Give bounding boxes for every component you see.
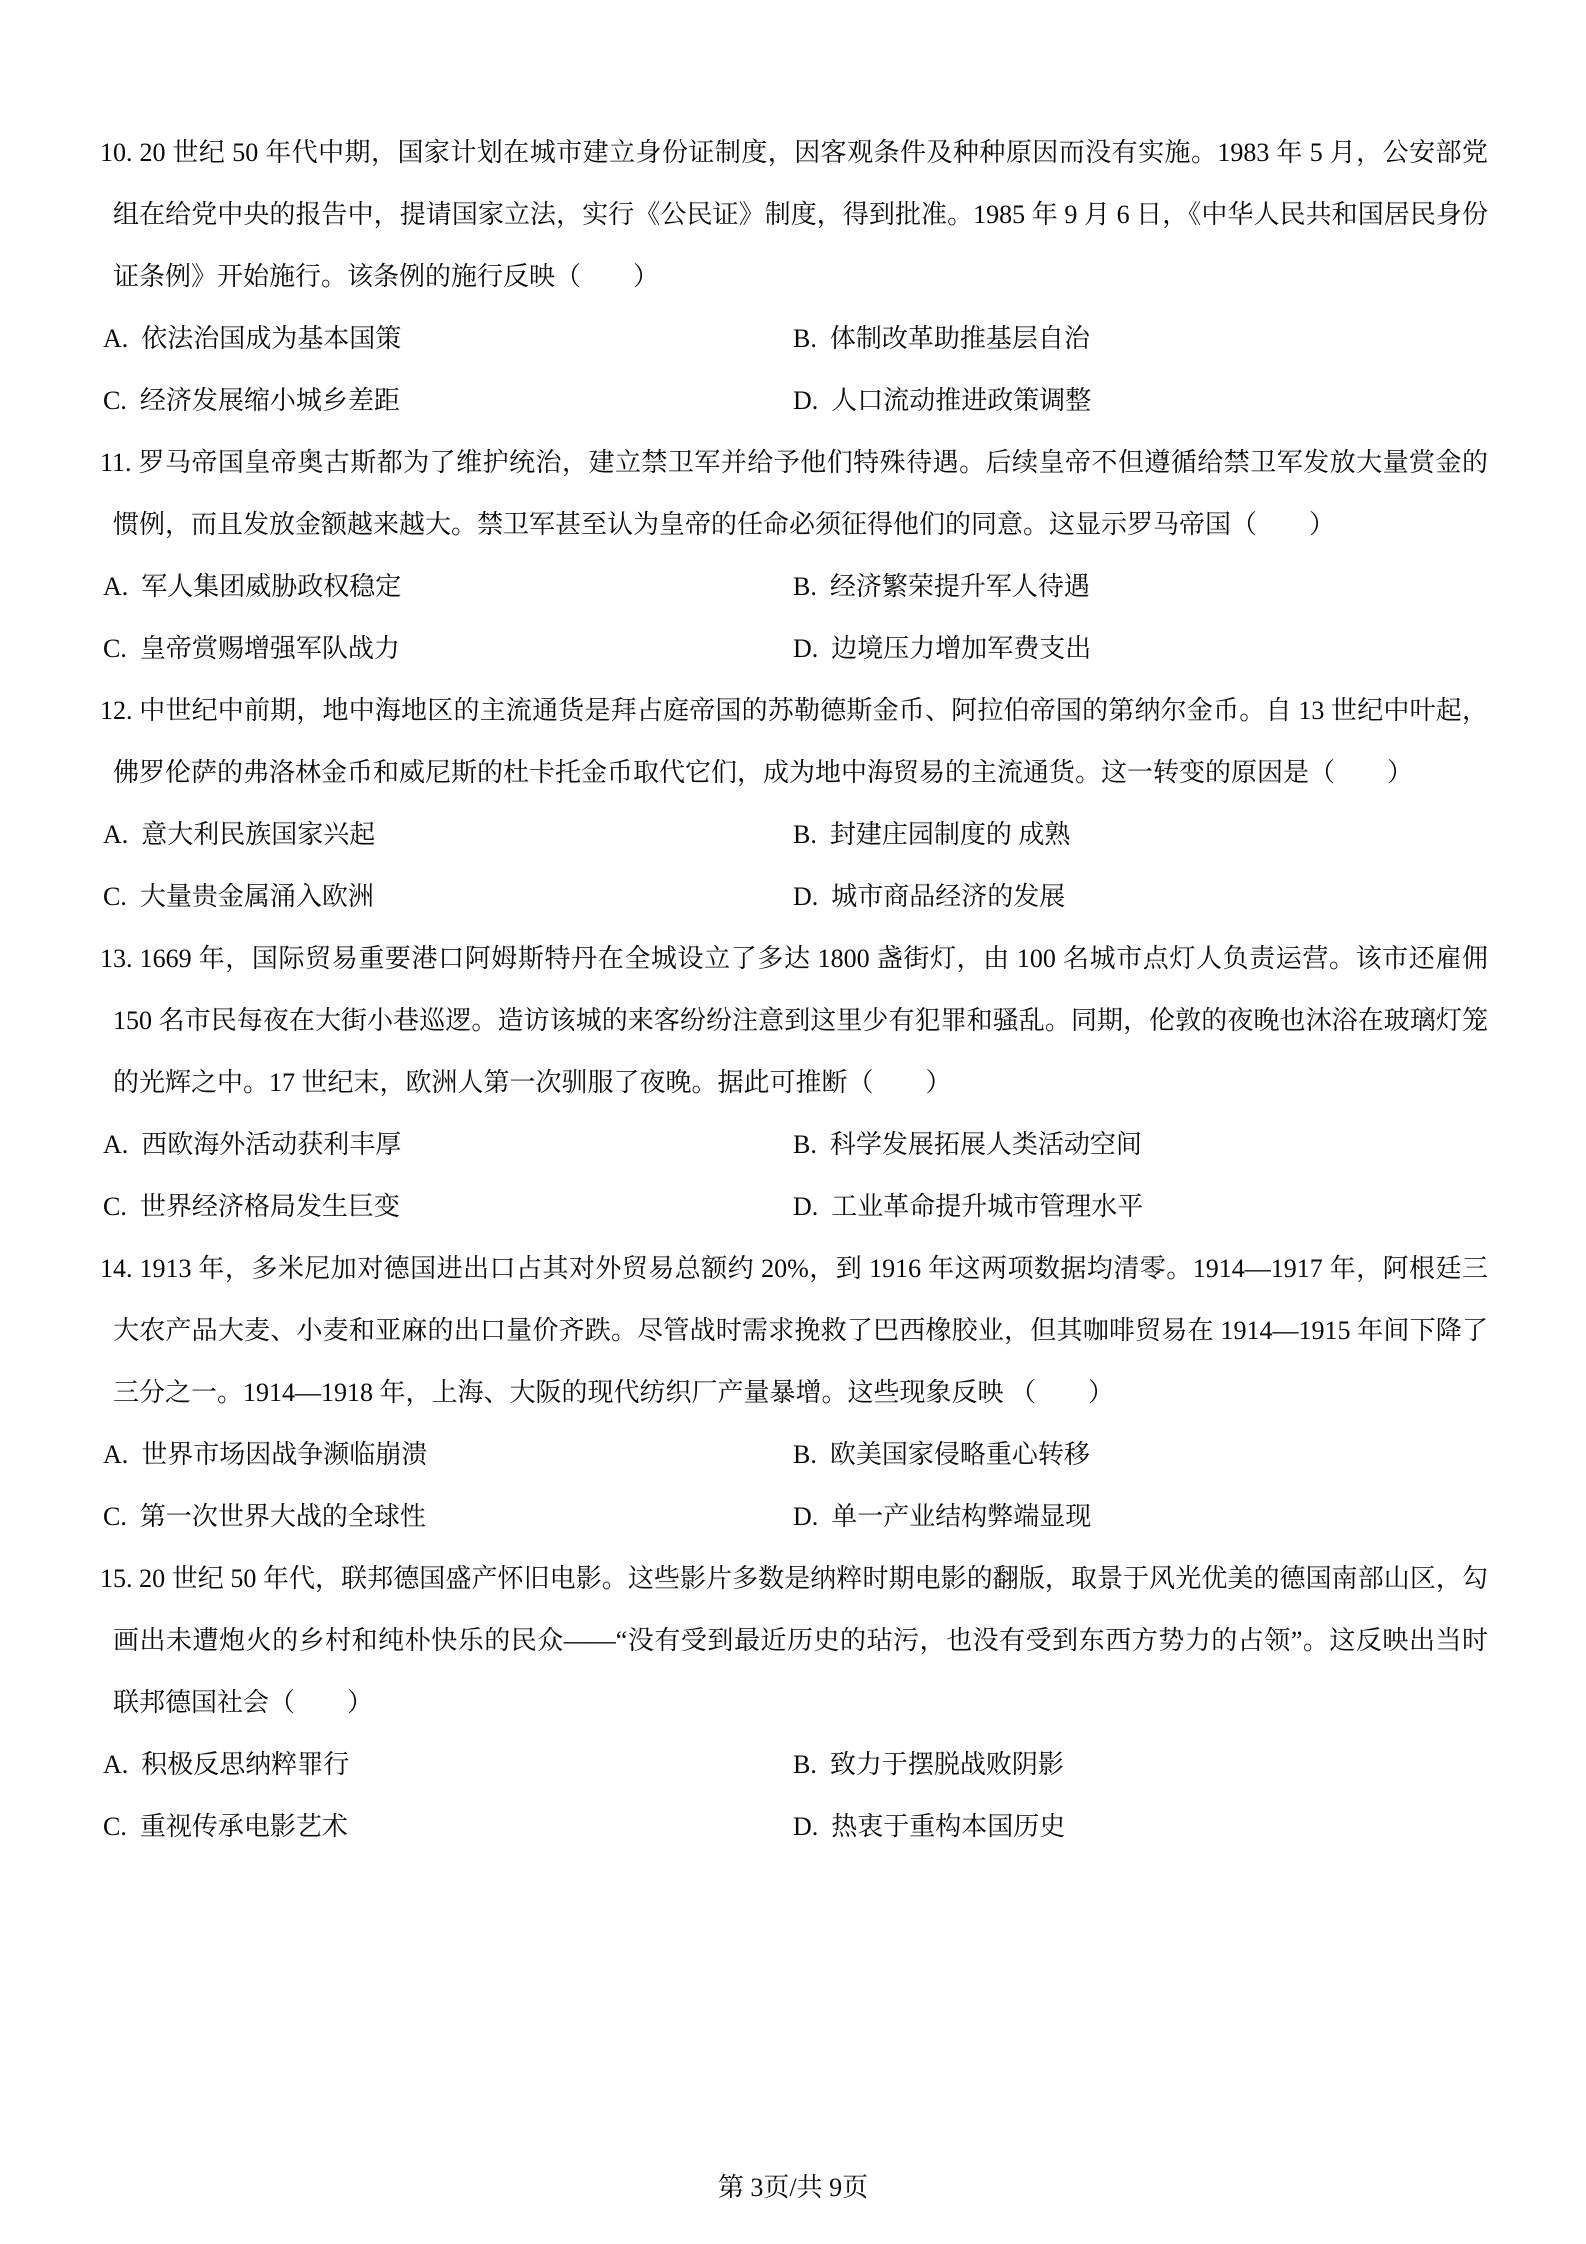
option-label: D. xyxy=(793,866,818,928)
option-text: 经济繁荣提升军人待遇 xyxy=(830,572,1090,601)
option-label: C. xyxy=(103,618,127,680)
option-text: 人口流动推进政策调整 xyxy=(831,386,1091,415)
question-13-options: A.西欧海外活动获利丰厚 B.科学发展拓展人类活动空间 C.世界经济格局发生巨变… xyxy=(100,1114,1488,1238)
question-10: 10. 20 世纪 50 年代中期，国家计划在城市建立身份证制度，因客观条件及种… xyxy=(100,122,1488,432)
question-15-option-b: B.致力于摆脱战败阴影 xyxy=(793,1734,1488,1796)
question-10-option-a: A.依法治国成为基本国策 xyxy=(103,308,793,370)
option-text: 工业革命提升城市管理水平 xyxy=(831,1192,1143,1221)
question-12-stem: 12. 中世纪中前期，地中海地区的主流通货是拜占庭帝国的苏勒德斯金币、阿拉伯帝国… xyxy=(100,680,1488,804)
question-11-option-b: B.经济繁荣提升军人待遇 xyxy=(793,556,1488,618)
question-12-option-d: D.城市商品经济的发展 xyxy=(793,866,1488,928)
option-text: 重视传承电影艺术 xyxy=(140,1812,348,1841)
question-14-option-b: B.欧美国家侵略重心转移 xyxy=(793,1424,1488,1486)
option-text: 皇帝赏赐增强军队战力 xyxy=(140,634,400,663)
question-11-stem: 11. 罗马帝国皇帝奥古斯都为了维护统治，建立禁卫军并给予他们特殊待遇。后续皇帝… xyxy=(100,432,1488,556)
questions-area: 10. 20 世纪 50 年代中期，国家计划在城市建立身份证制度，因客观条件及种… xyxy=(100,122,1488,1858)
option-text: 积极反思纳粹罪行 xyxy=(141,1750,349,1779)
question-12: 12. 中世纪中前期，地中海地区的主流通货是拜占庭帝国的苏勒德斯金币、阿拉伯帝国… xyxy=(100,680,1488,928)
option-text: 致力于摆脱战败阴影 xyxy=(830,1750,1064,1779)
question-13-option-a: A.西欧海外活动获利丰厚 xyxy=(103,1114,793,1176)
option-label: D. xyxy=(793,618,818,680)
option-text: 边境压力增加军费支出 xyxy=(831,634,1091,663)
question-11-options: A.军人集团威胁政权稳定 B.经济繁荣提升军人待遇 C.皇帝赏赐增强军队战力 D… xyxy=(100,556,1488,680)
option-label: C. xyxy=(103,370,127,432)
option-text: 封建庄园制度的 成熟 xyxy=(830,820,1071,849)
option-text: 热衷于重构本国历史 xyxy=(831,1812,1065,1841)
question-15-option-a: A.积极反思纳粹罪行 xyxy=(103,1734,793,1796)
option-label: A. xyxy=(103,1734,128,1796)
option-text: 军人集团威胁政权稳定 xyxy=(141,572,401,601)
question-14-options: A.世界市场因战争濒临崩溃 B.欧美国家侵略重心转移 C.第一次世界大战的全球性… xyxy=(100,1424,1488,1548)
option-text: 依法治国成为基本国策 xyxy=(141,324,401,353)
question-14-option-a: A.世界市场因战争濒临崩溃 xyxy=(103,1424,793,1486)
option-label: B. xyxy=(793,804,817,866)
question-15: 15. 20 世纪 50 年代，联邦德国盛产怀旧电影。这些影片多数是纳粹时期电影… xyxy=(100,1548,1488,1858)
option-text: 大量贵金属涌入欧洲 xyxy=(140,882,374,911)
option-label: A. xyxy=(103,308,128,370)
option-label: C. xyxy=(103,1796,127,1858)
option-label: D. xyxy=(793,1176,818,1238)
option-text: 世界市场因战争濒临崩溃 xyxy=(141,1440,427,1469)
question-10-stem: 10. 20 世纪 50 年代中期，国家计划在城市建立身份证制度，因客观条件及种… xyxy=(100,122,1488,308)
option-text: 经济发展缩小城乡差距 xyxy=(140,386,400,415)
page-number: 第 3页/共 9页 xyxy=(718,2173,868,2202)
option-text: 体制改革助推基层自治 xyxy=(830,324,1090,353)
option-label: B. xyxy=(793,308,817,370)
option-text: 意大利民族国家兴起 xyxy=(141,820,375,849)
question-10-option-c: C.经济发展缩小城乡差距 xyxy=(103,370,793,432)
option-label: A. xyxy=(103,1114,128,1176)
exam-document-page: 10. 20 世纪 50 年代中期，国家计划在城市建立身份证制度，因客观条件及种… xyxy=(0,0,1586,2244)
option-label: B. xyxy=(793,1114,817,1176)
question-13: 13. 1669 年，国际贸易重要港口阿姆斯特丹在全城设立了多达 1800 盏街… xyxy=(100,928,1488,1238)
option-text: 第一次世界大战的全球性 xyxy=(140,1502,426,1531)
question-12-option-a: A.意大利民族国家兴起 xyxy=(103,804,793,866)
question-10-option-d: D.人口流动推进政策调整 xyxy=(793,370,1488,432)
question-12-option-c: C.大量贵金属涌入欧洲 xyxy=(103,866,793,928)
question-14-option-c: C.第一次世界大战的全球性 xyxy=(103,1486,793,1548)
question-14: 14. 1913 年，多米尼加对德国进出口占其对外贸易总额约 20%，到 191… xyxy=(100,1238,1488,1548)
option-text: 世界经济格局发生巨变 xyxy=(140,1192,400,1221)
option-text: 城市商品经济的发展 xyxy=(831,882,1065,911)
question-13-option-b: B.科学发展拓展人类活动空间 xyxy=(793,1114,1488,1176)
question-10-option-b: B.体制改革助推基层自治 xyxy=(793,308,1488,370)
question-11-option-c: C.皇帝赏赐增强军队战力 xyxy=(103,618,793,680)
question-11-option-a: A.军人集团威胁政权稳定 xyxy=(103,556,793,618)
option-label: C. xyxy=(103,866,127,928)
option-label: B. xyxy=(793,1424,817,1486)
question-12-option-b: B.封建庄园制度的 成熟 xyxy=(793,804,1488,866)
question-13-option-c: C.世界经济格局发生巨变 xyxy=(103,1176,793,1238)
question-10-options: A.依法治国成为基本国策 B.体制改革助推基层自治 C.经济发展缩小城乡差距 D… xyxy=(100,308,1488,432)
question-11-option-d: D.边境压力增加军费支出 xyxy=(793,618,1488,680)
option-label: A. xyxy=(103,1424,128,1486)
option-label: D. xyxy=(793,370,818,432)
page-footer: 第 3页/共 9页 xyxy=(0,2168,1586,2208)
question-14-stem: 14. 1913 年，多米尼加对德国进出口占其对外贸易总额约 20%，到 191… xyxy=(100,1238,1488,1424)
option-label: B. xyxy=(793,1734,817,1796)
option-label: D. xyxy=(793,1486,818,1548)
question-12-options: A.意大利民族国家兴起 B.封建庄园制度的 成熟 C.大量贵金属涌入欧洲 D.城… xyxy=(100,804,1488,928)
question-15-options: A.积极反思纳粹罪行 B.致力于摆脱战败阴影 C.重视传承电影艺术 D.热衷于重… xyxy=(100,1734,1488,1858)
question-13-stem: 13. 1669 年，国际贸易重要港口阿姆斯特丹在全城设立了多达 1800 盏街… xyxy=(100,928,1488,1114)
option-label: C. xyxy=(103,1176,127,1238)
question-15-stem: 15. 20 世纪 50 年代，联邦德国盛产怀旧电影。这些影片多数是纳粹时期电影… xyxy=(100,1548,1488,1734)
option-label: C. xyxy=(103,1486,127,1548)
option-text: 西欧海外活动获利丰厚 xyxy=(141,1130,401,1159)
option-text: 欧美国家侵略重心转移 xyxy=(830,1440,1090,1469)
question-13-option-d: D.工业革命提升城市管理水平 xyxy=(793,1176,1488,1238)
option-label: B. xyxy=(793,556,817,618)
question-15-option-c: C.重视传承电影艺术 xyxy=(103,1796,793,1858)
question-15-option-d: D.热衷于重构本国历史 xyxy=(793,1796,1488,1858)
option-label: A. xyxy=(103,556,128,618)
question-11: 11. 罗马帝国皇帝奥古斯都为了维护统治，建立禁卫军并给予他们特殊待遇。后续皇帝… xyxy=(100,432,1488,680)
option-label: D. xyxy=(793,1796,818,1858)
option-label: A. xyxy=(103,804,128,866)
option-text: 科学发展拓展人类活动空间 xyxy=(830,1130,1142,1159)
option-text: 单一产业结构弊端显现 xyxy=(831,1502,1091,1531)
question-14-option-d: D.单一产业结构弊端显现 xyxy=(793,1486,1488,1548)
